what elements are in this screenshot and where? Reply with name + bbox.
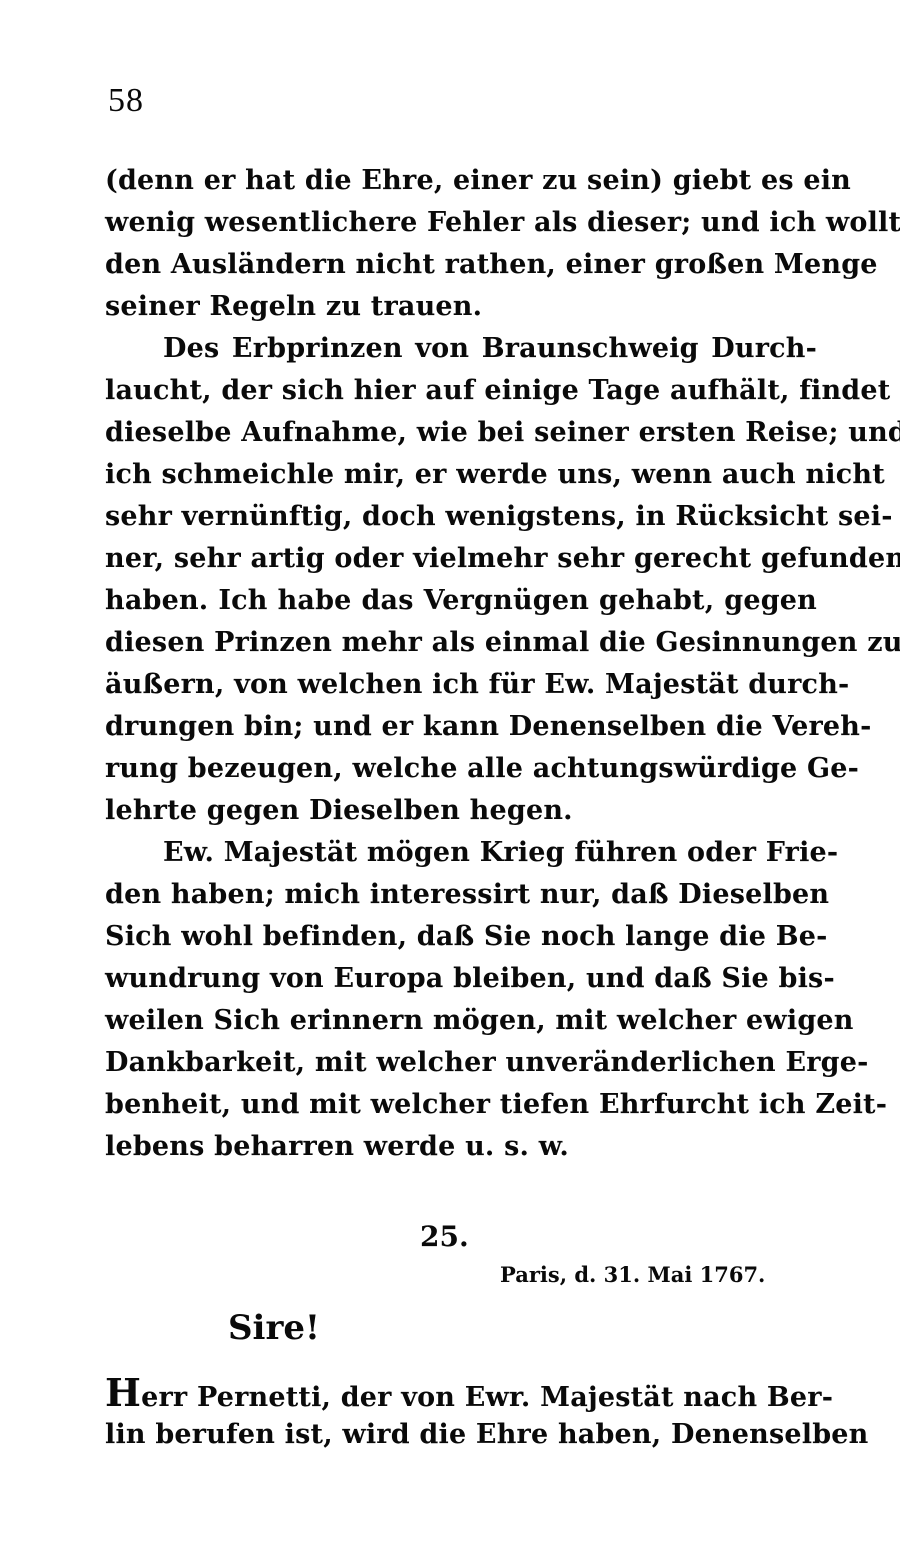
dropcap: H [105, 1370, 141, 1415]
prince-paragraph: Des Erbprinzen von Braunschweig Durch- l… [105, 328, 817, 832]
text-line: drungen bin; und er kann Denenselben die… [105, 706, 817, 748]
letter-salutation: Sire! [228, 1308, 320, 1348]
text-line: wundrung von Europa bleiben, und daß Sie… [105, 958, 817, 1000]
text-line: wenig wesentlichere Fehler als dieser; u… [105, 202, 817, 244]
text-line: den Ausländern nicht rathen, einer große… [105, 244, 817, 286]
text-line: äußern, von welchen ich für Ew. Majestät… [105, 664, 817, 706]
text-line: Herr Pernetti, der von Ewr. Majestät nac… [105, 1372, 817, 1414]
text-line: laucht, der sich hier auf einige Tage au… [105, 370, 817, 412]
text-line: diesen Prinzen mehr als einmal die Gesin… [105, 622, 817, 664]
text-line: rung bezeugen, welche alle achtungswürdi… [105, 748, 817, 790]
text-line: ner, sehr artig oder vielmehr sehr gerec… [105, 538, 817, 580]
letter-dateline: Paris, d. 31. Mai 1767. [500, 1262, 765, 1287]
text-line: ich schmeichle mir, er werde uns, wenn a… [105, 454, 817, 496]
text-line: lin berufen ist, wird die Ehre haben, De… [105, 1414, 817, 1456]
text-line: dieselbe Aufnahme, wie bei seiner ersten… [105, 412, 817, 454]
text-line: haben. Ich habe das Vergnügen gehabt, ge… [105, 580, 817, 622]
text-line: benheit, und mit welcher tiefen Ehrfurch… [105, 1084, 817, 1126]
letter-number: 25. [420, 1220, 469, 1253]
text-line: Dankbarkeit, mit welcher unveränderliche… [105, 1042, 817, 1084]
text-line: Ew. Majestät mögen Krieg führen oder Fri… [105, 832, 817, 874]
page-number: 58 [108, 82, 144, 120]
text-line-content: err Pernetti, der von Ewr. Majestät nach… [141, 1382, 833, 1413]
text-line: lehrte gegen Dieselben hegen. [105, 790, 817, 832]
closing-paragraph: Ew. Majestät mögen Krieg führen oder Fri… [105, 832, 817, 1168]
text-line: Sich wohl befinden, daß Sie noch lange d… [105, 916, 817, 958]
continuation-paragraph: (denn er hat die Ehre, einer zu sein) gi… [105, 160, 817, 328]
text-line: seiner Regeln zu trauen. [105, 286, 817, 328]
text-line: (denn er hat die Ehre, einer zu sein) gi… [105, 160, 817, 202]
letter-body: Herr Pernetti, der von Ewr. Majestät nac… [105, 1372, 817, 1456]
text-line: weilen Sich erinnern mögen, mit welcher … [105, 1000, 817, 1042]
text-line: Des Erbprinzen von Braunschweig Durch- [105, 328, 817, 370]
text-line: den haben; mich interessirt nur, daß Die… [105, 874, 817, 916]
text-line: lebens beharren werde u. s. w. [105, 1126, 817, 1168]
text-line: sehr vernünftig, doch wenigstens, in Rüc… [105, 496, 817, 538]
